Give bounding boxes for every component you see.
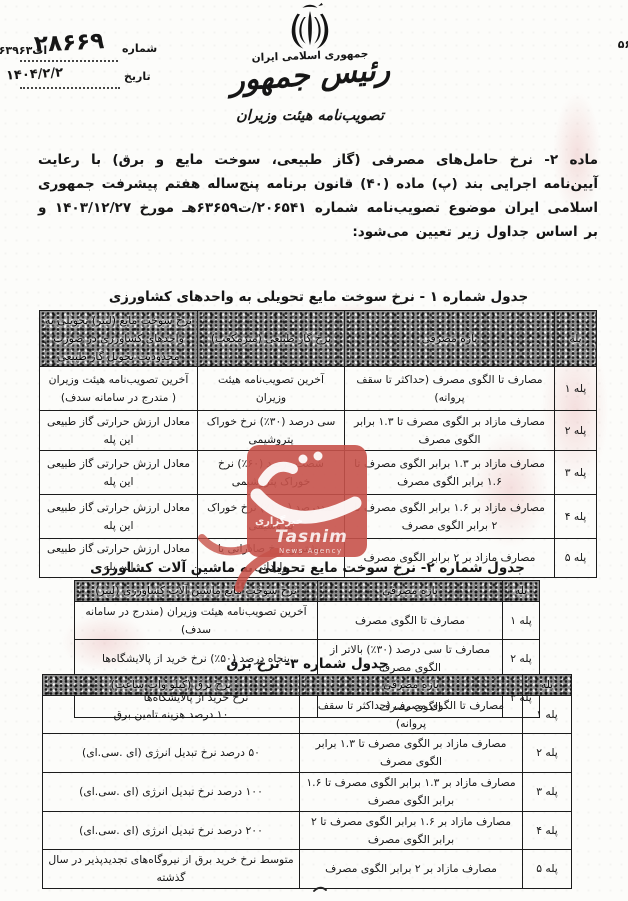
header-step: پله [555, 311, 597, 367]
cell-liquid-rate: آخرین تصویب‌نامه هیئت وزیران ( مندرج در … [40, 367, 198, 411]
cell-range: مصارف مازاد بر الگوی مصرف تا ۱.۳ برابر ا… [345, 411, 555, 451]
header-step: پله [523, 675, 572, 696]
table-row: پله ۵ مصارف مازاد بر ۲ برابر الگوی مصرف … [43, 850, 572, 889]
date-handwritten: ۱۴۰۴/۲/۲ [6, 66, 64, 84]
scanned-decree-page: جمهوری اسلامی ایران رئیس جمهور تصویب‌نام… [0, 0, 628, 901]
cell-range: مصارف مازاد بر ۱.۳ برابر الگوی مصرف تا ۱… [345, 451, 555, 495]
header-consumption-range: بازه مصرفی [300, 675, 523, 696]
table-row: پله ۱ مصارف تا الگوی مصرف (حداکثر تا سقف… [40, 367, 597, 411]
watermark-agency-fa: خبرگزاری [255, 516, 303, 527]
date-label: تاریخ [124, 70, 151, 83]
cell-rate: ۵۰ درصد نرخ تبدیل انرژی (ای .سی‌.ای) [43, 734, 300, 773]
cell-step: پله ۱ [503, 601, 540, 640]
cell-range: مصارف مازاد بر ۲ برابر الگوی مصرف [300, 850, 523, 889]
cell-gas-rate: آخرین تصویب‌نامه هیئت وزیران [198, 367, 345, 411]
cell-step: پله ۳ [523, 773, 572, 812]
cell-range: مصارف تا الگوی مصرف [318, 601, 503, 640]
cell-step: پله ۳ [555, 451, 597, 495]
table-row: پله ۲ مصارف مازاد بر الگوی مصرف تا ۱.۳ ب… [43, 734, 572, 773]
cell-range: مصارف مازاد بر ۱.۶ برابر الگوی مصرف تا ۲… [345, 495, 555, 539]
table2-header-row: پله بازه مصرفی نرخ سوخت مایع ماشین آلات … [75, 581, 540, 602]
table-row: پله ۳ مصارف مازاد بر ۱.۳ برابر الگوی مصر… [43, 773, 572, 812]
table-row: پله ۱ مصارف تا الگوی مصرف (حداکثر تا سقف… [43, 695, 572, 734]
table1-title: جدول شماره ۱ - نرخ سوخت مایع تحویلی به و… [40, 289, 597, 305]
table-row: پله ۴ مصارف مازاد بر ۱.۶ برابر الگوی مصر… [43, 811, 572, 850]
cell-step: پله ۵ [555, 539, 597, 578]
cell-range: مصارف تا الگوی مصرف (حداکثر تا سقف پروان… [345, 367, 555, 411]
cell-step: پله ۱ [523, 695, 572, 734]
header-electricity-rate: نرخ برق (کیلو وات ساعت) [43, 675, 300, 696]
document-type-title: تصویب‌نامه هیئت وزیران [194, 108, 426, 124]
table3-header-row: پله بازه مصرفی نرخ برق (کیلو وات ساعت) [43, 675, 572, 696]
cell-liquid-rate: معادل ارزش حرارتی گاز طبیعی این پله [40, 451, 198, 495]
table3-title: جدول شماره ۳- نرخ برق [43, 656, 572, 672]
cell-range: مصارف تا الگوی مصرف (حداکثر تا سقف پروان… [300, 695, 523, 734]
cell-rate: آخرین تصویب‌نامه هیئت وزیران (مندرج در س… [75, 601, 318, 640]
cell-rate: ۲۰۰ درصد نرخ تبدیل انرژی (ای .سی‌.ای) [43, 811, 300, 850]
tasnim-letter-fragment [198, 518, 250, 560]
iran-coat-of-arms-icon [284, 2, 336, 52]
table3-electricity-rate: پله بازه مصرفی نرخ برق (کیلو وات ساعت) پ… [43, 674, 572, 889]
cell-rate: متوسط نرخ خرید برق از نیروگاه‌های تجدیدپ… [43, 850, 300, 889]
page-number-mark [312, 884, 328, 894]
tasnim-watermark: خبرگزاری Tasnim News Agency [247, 445, 367, 557]
cell-range: مصارف مازاد بر الگوی مصرف تا ۱.۳ برابر ا… [300, 734, 523, 773]
header-consumption-range: بازه مصرفی [345, 311, 555, 367]
cell-liquid-rate: معادل ارزش حرارتی گاز طبیعی این پله [40, 411, 198, 451]
date-dotted-line [20, 87, 120, 89]
watermark-agency-en: Tasnim [275, 527, 348, 547]
cell-range: مصارف مازاد بر ۱.۶ برابر الگوی مصرف تا ۲… [300, 811, 523, 850]
cell-step: پله ۱ [555, 367, 597, 411]
cell-step: پله ۴ [523, 811, 572, 850]
number-dotted-line [20, 60, 118, 62]
header-consumption-range: بازه مصرفی [318, 581, 503, 602]
header-step: پله [503, 581, 540, 602]
article-paragraph: ماده ۲- نرخ حامل‌های مصرفی (گاز طبیعی، س… [38, 148, 598, 244]
header-liquid-rate: نرخ سوخت مایع (لیتر) تحویلی به واحدهای ک… [40, 311, 198, 367]
table2-title: جدول شماره ۲- نرخ سوخت مایع تحویلی به ما… [75, 560, 540, 576]
number-typed-code: ات۵۶۳۹۶۳ [0, 44, 47, 57]
header-gas-rate: نرخ گاز طبیعی (مترمکعب) [198, 311, 345, 367]
table-row: پله ۱ مصارف تا الگوی مصرف آخرین تصویب‌نا… [75, 601, 540, 640]
cell-range: مصارف مازاد بر ۱.۳ برابر الگوی مصرف تا ۱… [300, 773, 523, 812]
cell-step: پله ۴ [555, 495, 597, 539]
article-text: نرخ حامل‌های مصرفی (گاز طبیعی، سوخت مایع… [38, 152, 598, 240]
cell-step: پله ۲ [555, 411, 597, 451]
number-label: شماره [122, 42, 157, 55]
cell-step: پله ۵ [523, 850, 572, 889]
cell-liquid-rate: معادل ارزش حرارتی گاز طبیعی این پله [40, 495, 198, 539]
cell-rate: ۱۰۰ درصد نرخ تبدیل انرژی (ای .سی‌.ای) [43, 773, 300, 812]
cell-rate: ۱۰ درصد هزینه تامین برق [43, 695, 300, 734]
table1-header-row: پله بازه مصرفی نرخ گاز طبیعی (مترمکعب) ن… [40, 311, 597, 367]
cell-step: پله ۲ [523, 734, 572, 773]
article-lead: ماده ۲- [544, 152, 598, 168]
number-edge-fragment: ۵۶۳۹۶۳ [598, 38, 628, 51]
watermark-agency-sub: News Agency [279, 547, 343, 555]
